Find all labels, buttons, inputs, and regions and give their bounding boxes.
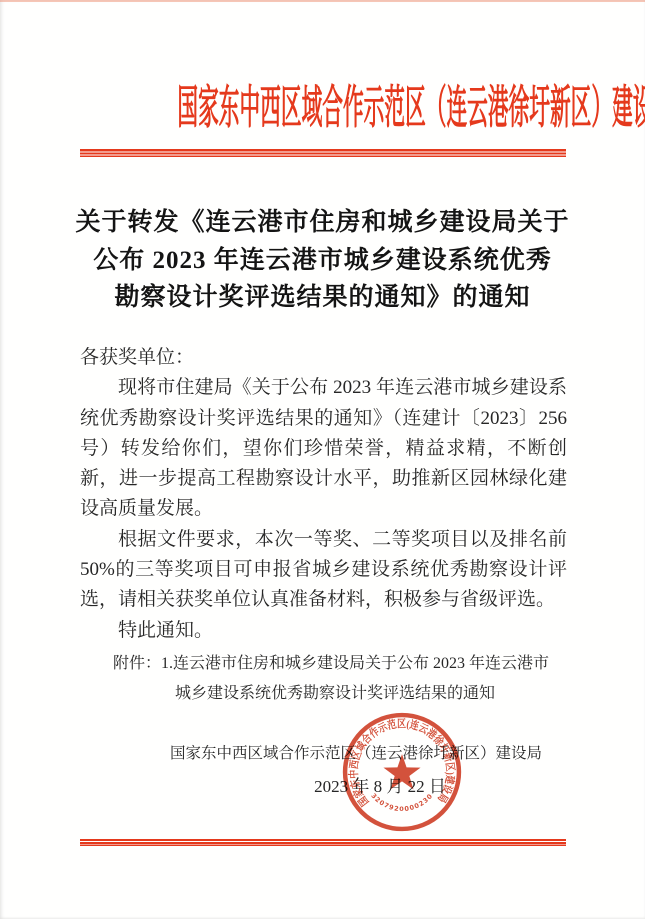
closing-phrase: 特此通知。 <box>80 616 567 646</box>
scan-edge-artifact <box>0 0 645 2</box>
header-divider <box>80 149 566 157</box>
scanned-document-page: 国家东中西区域合作示范区（连云港徐圩新区）建设局 关于转发《连云港市住房和城乡建… <box>0 0 645 919</box>
seal-code: 3207920000230 <box>369 792 434 813</box>
seal-star <box>383 754 420 789</box>
letterhead-org-name: 国家东中西区域合作示范区（连云港徐圩新区）建设局 <box>177 82 467 134</box>
attachment-line-1: 附件：1.连云港市住房和城乡建设局关于公布 2023 年连云港市 <box>80 649 567 679</box>
official-seal: 国家东中西区域合作示范区(连云港徐圩新区)建设局 3207920000230 <box>341 711 463 833</box>
document-title: 关于转发《连云港市住房和城乡建设局关于 公布 2023 年连云港市城乡建设系统优… <box>0 204 645 317</box>
title-line-1: 关于转发《连云港市住房和城乡建设局关于 <box>75 209 569 236</box>
footer-divider <box>80 839 566 846</box>
paragraph-requirements: 根据文件要求，本次一等奖、二等奖项目以及排名前 50%的三等奖项目可申报省城乡建… <box>80 525 567 616</box>
title-line-2: 公布 2023 年连云港市城乡建设系统优秀 <box>93 247 552 274</box>
attachment-line-2: 城乡建设系统优秀勘察设计奖评选结果的通知 <box>80 679 567 709</box>
salutation: 各获奖单位： <box>80 343 567 373</box>
paragraph-forwarding: 现将市住建局《关于公布 2023 年连云港市城乡建设系统优秀勘察设计奖评选结果的… <box>80 373 567 524</box>
document-body: 各获奖单位： 现将市住建局《关于公布 2023 年连云港市城乡建设系统优秀勘察设… <box>80 343 567 646</box>
title-line-3: 勘察设计奖评选结果的通知》的通知 <box>114 284 530 311</box>
attachment-note: 附件：1.连云港市住房和城乡建设局关于公布 2023 年连云港市 城乡建设系统优… <box>80 649 567 709</box>
